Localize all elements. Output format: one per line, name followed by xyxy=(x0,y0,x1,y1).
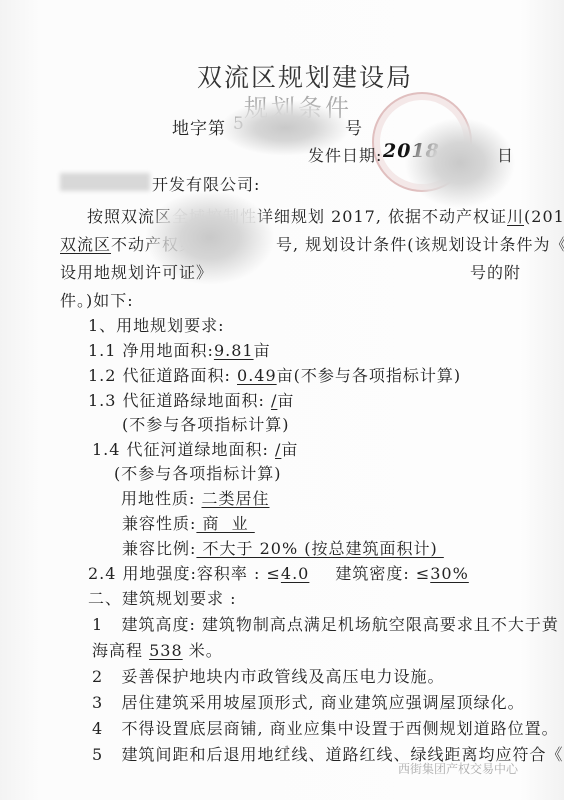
net-land-area: 9.81 xyxy=(214,341,254,360)
intro-line-2: 双流区不动产权第号, 规划设计条件(该规划设计条件为《建 xyxy=(60,232,564,255)
item-1-4: 1.4 代征河道绿地面积: /亩 xyxy=(92,437,298,460)
cert-year: (2017) xyxy=(524,207,564,226)
intro-line-3-end: 号的附 xyxy=(470,260,521,283)
page-number: 1 xyxy=(284,745,291,756)
intro-text: 号, 规划设计条件(该规划设计条件为《建 xyxy=(276,235,564,254)
item-1-1: 1.1 净用地面积:9.81亩 xyxy=(88,338,271,361)
compatible-use: 兼容性质: 商 业 xyxy=(122,511,255,534)
land-intensity: 2.4 用地强度:容积率 : ≤4.0建筑密度: ≤30% xyxy=(88,561,469,584)
scanned-page: 双流区规划建设局 规划条件 地字第 5 号 发件日期: 2018 日 开发有限公… xyxy=(0,0,564,800)
building-density: 30% xyxy=(430,564,469,583)
watermark: 西街集团产权交易中心 xyxy=(398,760,518,777)
land-use: 用地性质: 二类居住 xyxy=(121,486,270,509)
item-1-4-note: (不参与各项指标计算) xyxy=(114,461,282,484)
item-1-3: 1.3 代征道路绿地面积: /亩 xyxy=(88,388,294,411)
intro-text: 详细规划 2017, 依据不动产权证 xyxy=(257,207,507,226)
section-1-heading: 1、用地规划要求: xyxy=(88,313,225,336)
cert-province: 川 xyxy=(507,207,524,226)
compatible-ratio: 兼容比例: 不大于 20% (按总建筑面积计) xyxy=(122,536,444,559)
item-1-3-note: (不参与各项指标计算) xyxy=(122,412,290,435)
issue-date-day-suffix: 日 xyxy=(497,143,514,166)
cert-district: 双流区 xyxy=(60,235,111,254)
compatible-ratio-value: 不大于 20% (按总建筑面积计) xyxy=(196,539,443,558)
redaction-addressee xyxy=(60,173,150,191)
max-elevation: 538 xyxy=(149,641,183,660)
doc-number-prefix: 地字第 xyxy=(172,114,226,139)
intro-line-3: 设用地规划许可证》 xyxy=(60,260,213,283)
issue-date-label: 发件日期: xyxy=(308,143,382,166)
item-1-2: 1.2 代征道路面积: 0.49亩(不参与各项指标计算) xyxy=(88,363,461,386)
req-2: 2 妥善保护地块内市政管线及高压电力设施。 xyxy=(92,664,444,687)
req-1: 1 建筑高度: 建筑物制高点满足机场航空限高要求且不大于黄 xyxy=(92,612,559,635)
floor-area-ratio: 4.0 xyxy=(281,564,309,583)
req-1-cont: 海高程 538 米。 xyxy=(92,638,223,661)
intro-line-4: 件。)如下: xyxy=(60,288,134,311)
section-2-heading: 二、建筑规划要求 : xyxy=(88,586,236,609)
compatible-use-value: 商 业 xyxy=(196,514,254,533)
req-3: 3 居住建筑采用坡屋顶形式, 商业建筑应强调屋顶绿化。 xyxy=(92,690,525,713)
road-area: 0.49 xyxy=(237,366,277,385)
req-4: 4 不得设置底层商铺, 商业应集中设置于西侧规划道路位置。 xyxy=(92,716,559,739)
land-use-value: 二类居住 xyxy=(201,489,269,508)
